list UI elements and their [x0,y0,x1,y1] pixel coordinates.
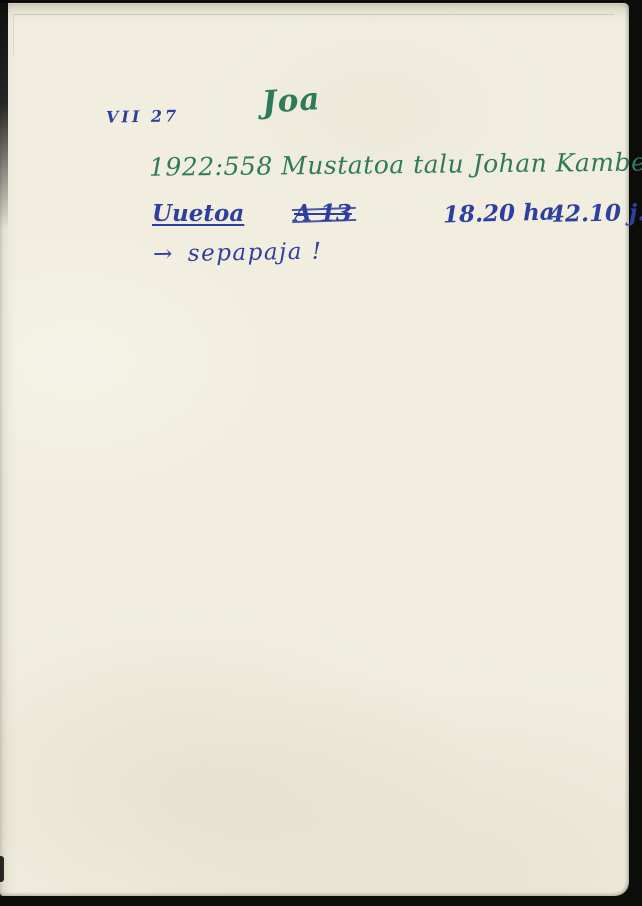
smithy-note: →sepapaja ! [153,239,323,268]
area-hectares: 18.20 ha [443,199,555,229]
date-corner-note: VII 27 [106,106,180,126]
scanner-left-edge-shadow [0,0,8,230]
smithy-note-text: sepapaja ! [188,239,323,267]
scanner-left-edge-mark [0,856,4,882]
scanned-document-page: { "document": { "corner_note": "VII 27",… [0,0,642,906]
paper-inner-edge [13,14,614,55]
area-alternate-value: 42.10 j. [549,199,642,228]
crossed-out-reference: A 13 [294,200,352,227]
farm-name: Uuetoa [152,200,244,227]
village-heading: Joa [261,81,322,121]
register-record-line: 1922:558 Mustatoa talu Johan Kamberl [149,147,642,181]
arrow-icon: → [153,241,174,267]
archival-card: VII 27 Joa 1922:558 Mustatoa talu Johan … [0,3,629,896]
